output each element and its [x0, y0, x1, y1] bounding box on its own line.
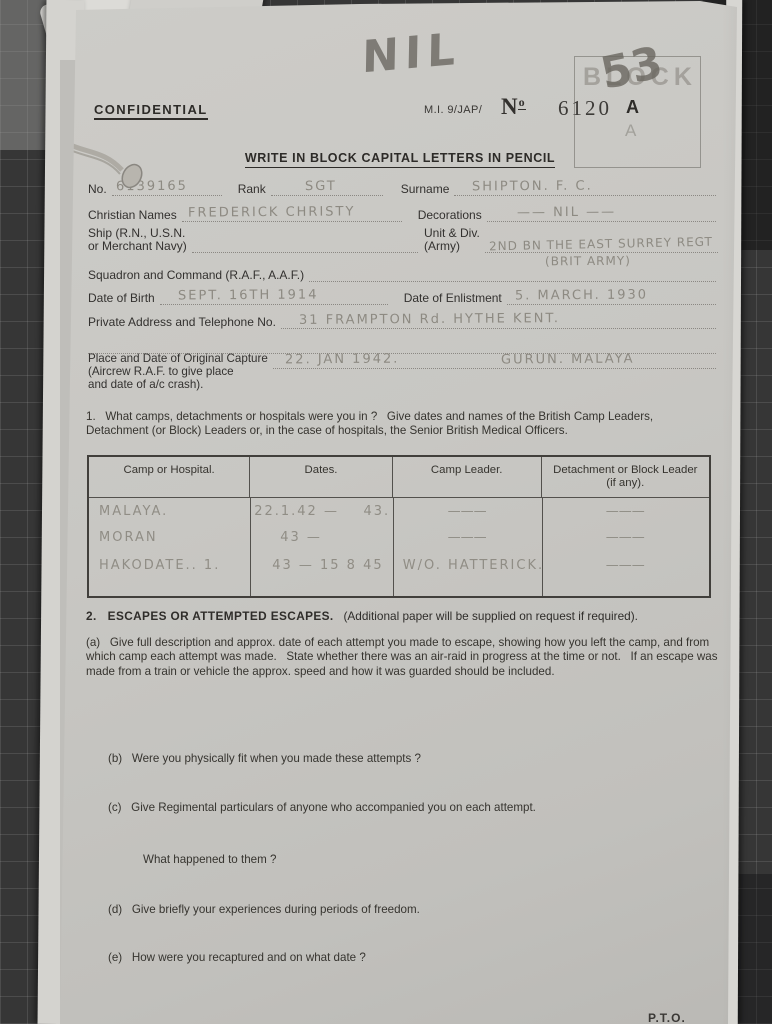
faint-stamp-letter: A — [625, 121, 636, 141]
question-2b-text: (b) Were you physically fit when you mad… — [108, 752, 668, 766]
squadron-field-label: Squadron and Command (R.A.F., A.A.F.) — [88, 268, 309, 282]
cell-block-leader: ——— — [542, 530, 709, 545]
address-field-line: 31 FRAMPTON Rd. HYTHE KENT. — [281, 313, 716, 329]
decorations-label: Decorations — [418, 208, 487, 222]
christian-names-line: FREDERICK CHRISTY — [182, 206, 402, 222]
field-row-dob-enlistment: Date of Birth SEPT. 16TH 1914 Date of En… — [88, 289, 716, 305]
col-header-leader: Camp Leader. — [393, 457, 542, 498]
pto-footer: P.T.O. — [648, 1011, 686, 1024]
squadron-field-line — [309, 266, 716, 282]
capture-place-value: GURUN. MALAYA — [501, 352, 635, 368]
ship-field-line — [192, 237, 418, 253]
section-2-title: 2. ESCAPES OR ATTEMPTED ESCAPES. — [86, 609, 334, 623]
cell-dates: 22.1.42 — 43. — [250, 504, 393, 519]
ship-label-line2: or Merchant Navy) — [88, 240, 187, 253]
question-2e-text: (e) How were you recaptured and on what … — [108, 951, 668, 965]
address-field-label: Private Address and Telephone No. — [88, 315, 281, 329]
cell-dates: 43 — — [250, 530, 393, 545]
cell-camp: HAKODATE.. 1. — [89, 558, 250, 573]
enlistment-field-line: 5. MARCH. 1930 — [507, 289, 716, 305]
camps-table: Camp or Hospital. Dates. Camp Leader. De… — [87, 455, 711, 598]
surname-field-label: Surname — [401, 182, 455, 196]
col-header-block-leader: Detachment or Block Leader (if any). — [542, 457, 709, 498]
capture-label-note1: (Aircrew R.A.F. to give place — [88, 365, 268, 378]
decorations-line: —— NIL —— — [487, 206, 716, 222]
dob-field-label: Date of Birth — [88, 291, 160, 305]
scanned-document: NIL CONFIDENTIAL M.I. 9/JAP/ No 6120 A B… — [0, 0, 772, 1024]
field-row-address: Private Address and Telephone No. 31 FRA… — [88, 313, 716, 329]
rank-field-label: Rank — [238, 182, 271, 196]
cell-block-leader: ——— — [542, 504, 709, 519]
field-row-squadron: Squadron and Command (R.A.F., A.A.F.) — [88, 266, 716, 282]
cell-block-leader: ——— — [542, 558, 709, 573]
decorations-value: —— NIL —— — [517, 205, 616, 221]
cell-leader: ——— — [393, 530, 542, 545]
question-2c-text: (c) Give Regimental particulars of anyon… — [108, 801, 668, 815]
camps-table-header: Camp or Hospital. Dates. Camp Leader. De… — [89, 457, 709, 498]
capture-field-label: Place and Date of Original Capture (Airc… — [88, 352, 273, 391]
no-label-superscript: o — [518, 95, 526, 110]
address-field-value: 31 FRAMPTON Rd. HYTHE KENT. — [299, 311, 560, 328]
unit-field-label: Unit & Div.(Army) — [424, 227, 485, 253]
section-2-heading: 2. ESCAPES OR ATTEMPTED ESCAPES. (Additi… — [86, 609, 638, 623]
question-2d-text: (d) Give briefly your experiences during… — [108, 903, 668, 917]
cell-camp: MALAYA. — [89, 504, 250, 519]
table-row: MALAYA. 22.1.42 — 43. ——— ——— — [89, 504, 709, 519]
enlistment-field-label: Date of Enlistment — [404, 291, 507, 305]
camps-table-body: MALAYA. 22.1.42 — 43. ——— ——— MORAN 43 —… — [89, 498, 709, 596]
cell-camp: MORAN — [89, 530, 250, 545]
ship-field-label: Ship (R.N., U.S.N.or Merchant Navy) — [88, 227, 192, 253]
unit-field-value: 2ND BN THE EAST SURREY REGT — [489, 235, 713, 254]
enlistment-field-value: 5. MARCH. 1930 — [515, 288, 648, 304]
christian-names-label: Christian Names — [88, 208, 182, 222]
capture-date-value: 22. JAN 1942. — [285, 352, 399, 368]
question-2c2-text: What happened to them ? — [143, 853, 543, 867]
dob-field-value: SEPT. 16TH 1914 — [178, 288, 319, 304]
cell-dates: 43 — 15 8 45 — [250, 558, 393, 573]
col-header-dates: Dates. — [250, 457, 393, 498]
pencil-annotation-nil: NIL — [362, 24, 462, 84]
unit-field-line: 2ND BN THE EAST SURREY REGT (BRIT ARMY) — [485, 237, 718, 253]
form-reference: M.I. 9/JAP/ — [424, 104, 482, 116]
table-row: HAKODATE.. 1. 43 — 15 8 45 W/O. HATTERIC… — [89, 558, 709, 573]
col-header-camp: Camp or Hospital. — [89, 457, 250, 498]
surname-field-value: SHIPTON. F. C. — [472, 179, 593, 195]
cell-leader: ——— — [393, 504, 542, 519]
question-2a-text: (a) Give full description and approx. da… — [86, 636, 722, 679]
rank-field-value: SGT — [305, 179, 337, 194]
field-row-no-rank-surname: No. 6139165 Rank SGT Surname SHIPTON. F.… — [88, 180, 716, 196]
instruction-text: WRITE IN BLOCK CAPITAL LETTERS IN PENCIL — [245, 151, 555, 168]
section-2-note: (Additional paper will be supplied on re… — [334, 609, 638, 623]
dob-field-line: SEPT. 16TH 1914 — [160, 289, 388, 305]
capture-label-line1: Place and Date of Original Capture — [88, 352, 268, 365]
field-row-names-decorations: Christian Names FREDERICK CHRISTY Decora… — [88, 206, 716, 222]
no-label-main: N — [501, 94, 518, 119]
capture-field-line: 22. JAN 1942. GURUN. MALAYA — [273, 353, 716, 369]
cell-leader: W/O. HATTERICK. — [393, 558, 542, 573]
table-row: MORAN 43 — ——— ——— — [89, 530, 709, 545]
field-row-unit: Unit & Div.(Army) 2ND BN THE EAST SURREY… — [424, 227, 718, 253]
field-row-ship: Ship (R.N., U.S.N.or Merchant Navy) — [88, 227, 418, 253]
form-page: NIL CONFIDENTIAL M.I. 9/JAP/ No 6120 A B… — [0, 0, 772, 1024]
surname-field-line: SHIPTON. F. C. — [454, 180, 716, 196]
field-row-capture: Place and Date of Original Capture (Airc… — [88, 352, 716, 391]
capture-label-note2: and date of a/c crash). — [88, 378, 268, 391]
question-1-text: 1. What camps, detachments or hospitals … — [86, 410, 718, 439]
unit-label-line2: (Army) — [424, 240, 480, 253]
form-number-label: No — [501, 94, 526, 120]
instruction-banner: WRITE IN BLOCK CAPITAL LETTERS IN PENCIL — [150, 149, 650, 168]
rank-field-line: SGT — [271, 180, 383, 196]
christian-names-value: FREDERICK CHRISTY — [188, 204, 356, 220]
